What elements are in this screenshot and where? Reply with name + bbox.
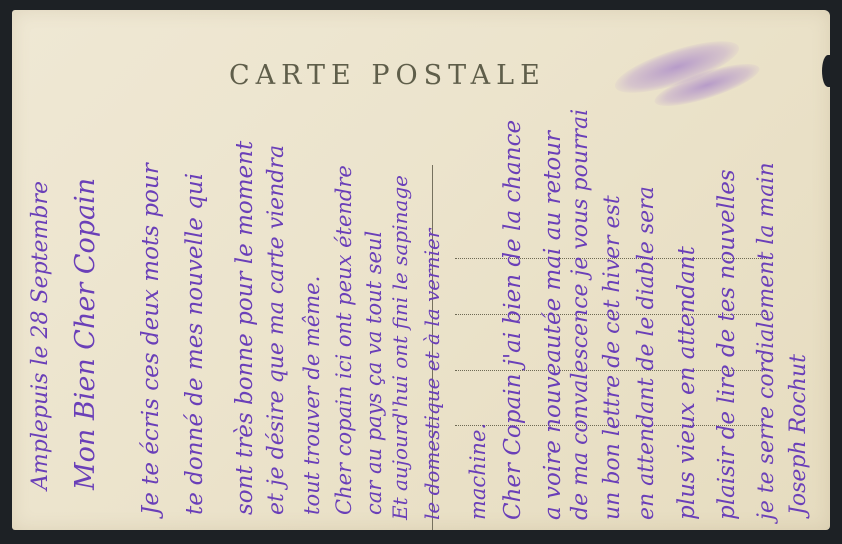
postcard-header: CARTE POSTALE [229,60,546,91]
postcard: CARTE POSTALE Amplepuis le 28 Septembre … [12,10,830,530]
handwriting-line: Mon Bien Cher Copain [72,178,99,490]
handwriting-line: Et aujourd'hui ont fini le sapinage [390,175,410,520]
handwriting-line: le domestique et à la vernier [422,229,442,520]
handwriting-line: Cher Copain j'ai bien de la chance [502,120,525,520]
handwriting-line: un bon lettre de cet hiver est [602,195,624,520]
handwriting-line: machine. [468,423,489,520]
handwriting-line: a voire nouveautée mai au retour [542,131,565,520]
handwriting-line: sont très bonne pour le moment [234,141,257,515]
handwriting-line: Je te écris ces deux mots pour [140,163,163,515]
handwriting-line: tout trouver de même. [302,276,323,515]
handwriting-line: en attendant de le diable sera [636,186,658,520]
handwriting-line: je te serre cordialement la main [756,162,778,520]
handwriting-line: te donné de mes nouvelle qui [184,173,207,515]
handwriting-line: de ma convalescence je vous pourrai [570,109,592,520]
handwriting-line: plus vieux en attendant [676,246,699,520]
handwriting-line: car au pays ça va tout seul [364,231,385,515]
handwriting-line: Cher copain ici ont peux étendre [334,165,355,515]
signature: Joseph Rochut [788,354,810,515]
handwriting-line: et je désire que ma carte viendra [266,145,288,515]
handwriting-line: plaisir de lire de tes nouvelles [716,169,739,520]
handwriting-line: Amplepuis le 28 Septembre [30,181,52,490]
torn-edge-notch [822,55,830,87]
